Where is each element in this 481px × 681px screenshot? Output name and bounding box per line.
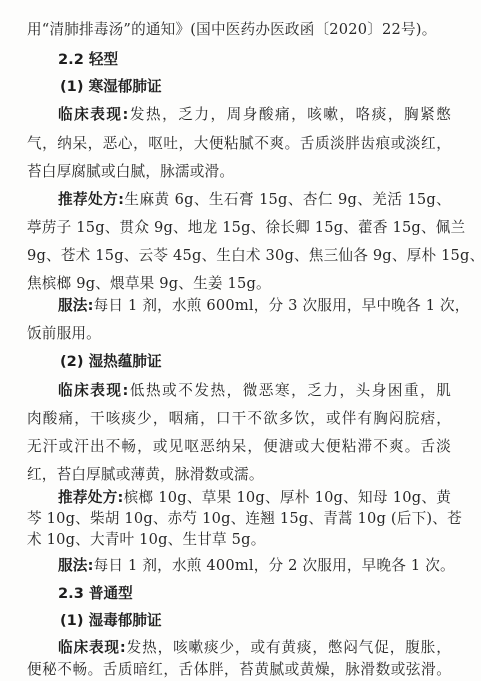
clinical-line: 便秘不畅。舌质暗红，舌体胖，苔黄腻或黄燥，脉滑数或弦滑。 xyxy=(27,660,451,680)
usage-line: 饭前服用。 xyxy=(27,324,451,344)
usage-text: 每日 1 剂，水煎 400ml，分 2 次服用，早晚各 1 次。 xyxy=(94,557,455,574)
prescription-first-line: 推荐处方:生麻黄 6g、生石膏 15g、杏仁 9g、羌活 15g、 xyxy=(58,190,451,210)
clinical-first-line: 临床表现:低热或不发热，微恶寒，乏力，头身困重，肌 xyxy=(58,381,451,401)
clinical-first-line: 临床表现:发热，乏力，周身酸痛，咳嗽，咯痰，胸紧憋 xyxy=(58,105,451,125)
clinical-text: 发热，乏力，周身酸痛，咳嗽，咯痰，胸紧憋 xyxy=(129,106,451,123)
section-heading-mild: 2.2 轻型 xyxy=(58,50,118,70)
subsection-title-cold-damp: (1) 寒湿郁肺证 xyxy=(60,77,162,97)
clinical-line: 无汗或汗出不畅，或见呕恶纳呆，便溏或大便粘滞不爽。舌淡 xyxy=(27,437,451,457)
intro-tail-line: 用“清肺排毒汤”的通知》(国中医药办医政函〔2020〕22号)。 xyxy=(27,20,451,40)
clinical-label: 临床表现: xyxy=(58,639,126,656)
prescription-first-line: 推荐处方:槟榔 10g、草果 10g、厚朴 10g、知母 10g、黄 xyxy=(58,488,451,508)
clinical-line: 苔白厚腐腻或白腻，脉濡或滑。 xyxy=(27,162,451,182)
clinical-first-line: 临床表现:发热，咳嗽痰少，或有黄痰，憋闷气促，腹胀， xyxy=(58,638,451,658)
clinical-line: 红，苔白厚腻或薄黄，脉滑数或濡。 xyxy=(27,465,451,485)
prescription-line: 9g、苍术 15g、云苓 45g、生白术 30g、焦三仙各 9g、厚朴 15g、 xyxy=(27,246,451,266)
prescription-label: 推荐处方: xyxy=(58,489,124,506)
clinical-label: 临床表现: xyxy=(58,382,129,399)
prescription-line: 芩 10g、柴胡 10g、赤芍 10g、连翘 15g、青蒿 10g (后下)、苍 xyxy=(27,509,451,529)
clinical-line: 气，纳呆，恶心，呕吐，大便粘腻不爽。舌质淡胖齿痕或淡红， xyxy=(27,134,451,154)
clinical-label: 临床表现: xyxy=(58,106,129,123)
section-heading-ordinary: 2.3 普通型 xyxy=(58,584,133,604)
prescription-label: 推荐处方: xyxy=(58,191,124,208)
prescription-text: 槟榔 10g、草果 10g、厚朴 10g、知母 10g、黄 xyxy=(124,489,451,506)
clinical-line: 肉酸痛，干咳痰少，咽痛，口干不欲多饮，或伴有胸闷脘痞， xyxy=(27,409,451,429)
subsection-title-damp-heat: (2) 湿热蕴肺证 xyxy=(60,352,162,372)
usage-text: 每日 1 剂，水煎 600ml，分 3 次服用，早中晚各 1 次， xyxy=(94,297,470,314)
subsection-title-damp-toxin: (1) 湿毒郁肺证 xyxy=(60,611,162,631)
clinical-text: 发热，咳嗽痰少，或有黄痰，憋闷气促，腹胀， xyxy=(126,639,451,656)
usage-label: 服法: xyxy=(58,557,94,574)
usage-label: 服法: xyxy=(58,297,94,314)
clinical-text: 低热或不发热，微恶寒，乏力，头身困重，肌 xyxy=(129,382,451,399)
usage-first-line: 服法:每日 1 剂，水煎 600ml，分 3 次服用，早中晚各 1 次， xyxy=(58,296,451,316)
prescription-line: 葶苈子 15g、贯众 9g、地龙 15g、徐长卿 15g、藿香 15g、佩兰 xyxy=(27,218,451,238)
prescription-line: 术 10g、大青叶 10g、生甘草 5g。 xyxy=(27,530,451,550)
prescription-text: 生麻黄 6g、生石膏 15g、杏仁 9g、羌活 15g、 xyxy=(124,191,451,208)
prescription-line: 焦槟榔 9g、煨草果 9g、生姜 15g。 xyxy=(27,274,451,294)
document-page: 用“清肺排毒汤”的通知》(国中医药办医政函〔2020〕22号)。 2.2 轻型 … xyxy=(0,0,481,681)
usage-first-line: 服法:每日 1 剂，水煎 400ml，分 2 次服用，早晚各 1 次。 xyxy=(58,556,451,576)
